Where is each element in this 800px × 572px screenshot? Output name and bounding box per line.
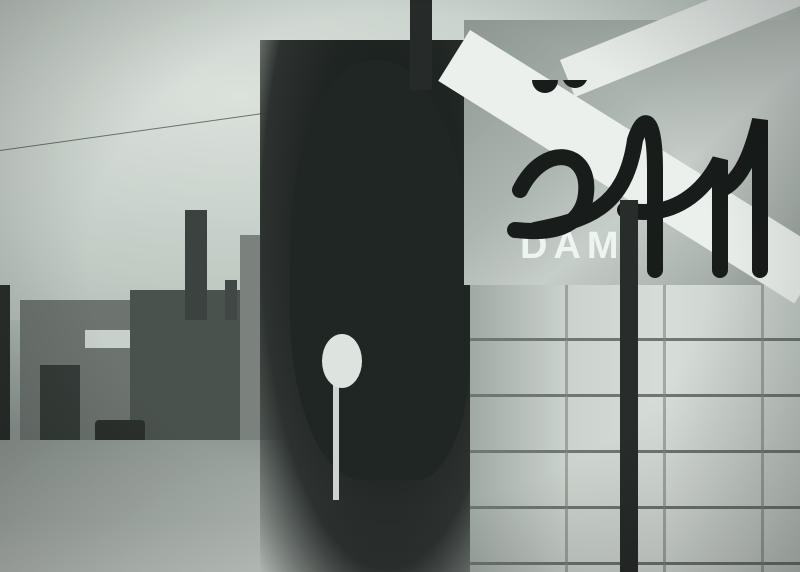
vignette (0, 0, 800, 572)
photograph: DAM (0, 0, 800, 572)
